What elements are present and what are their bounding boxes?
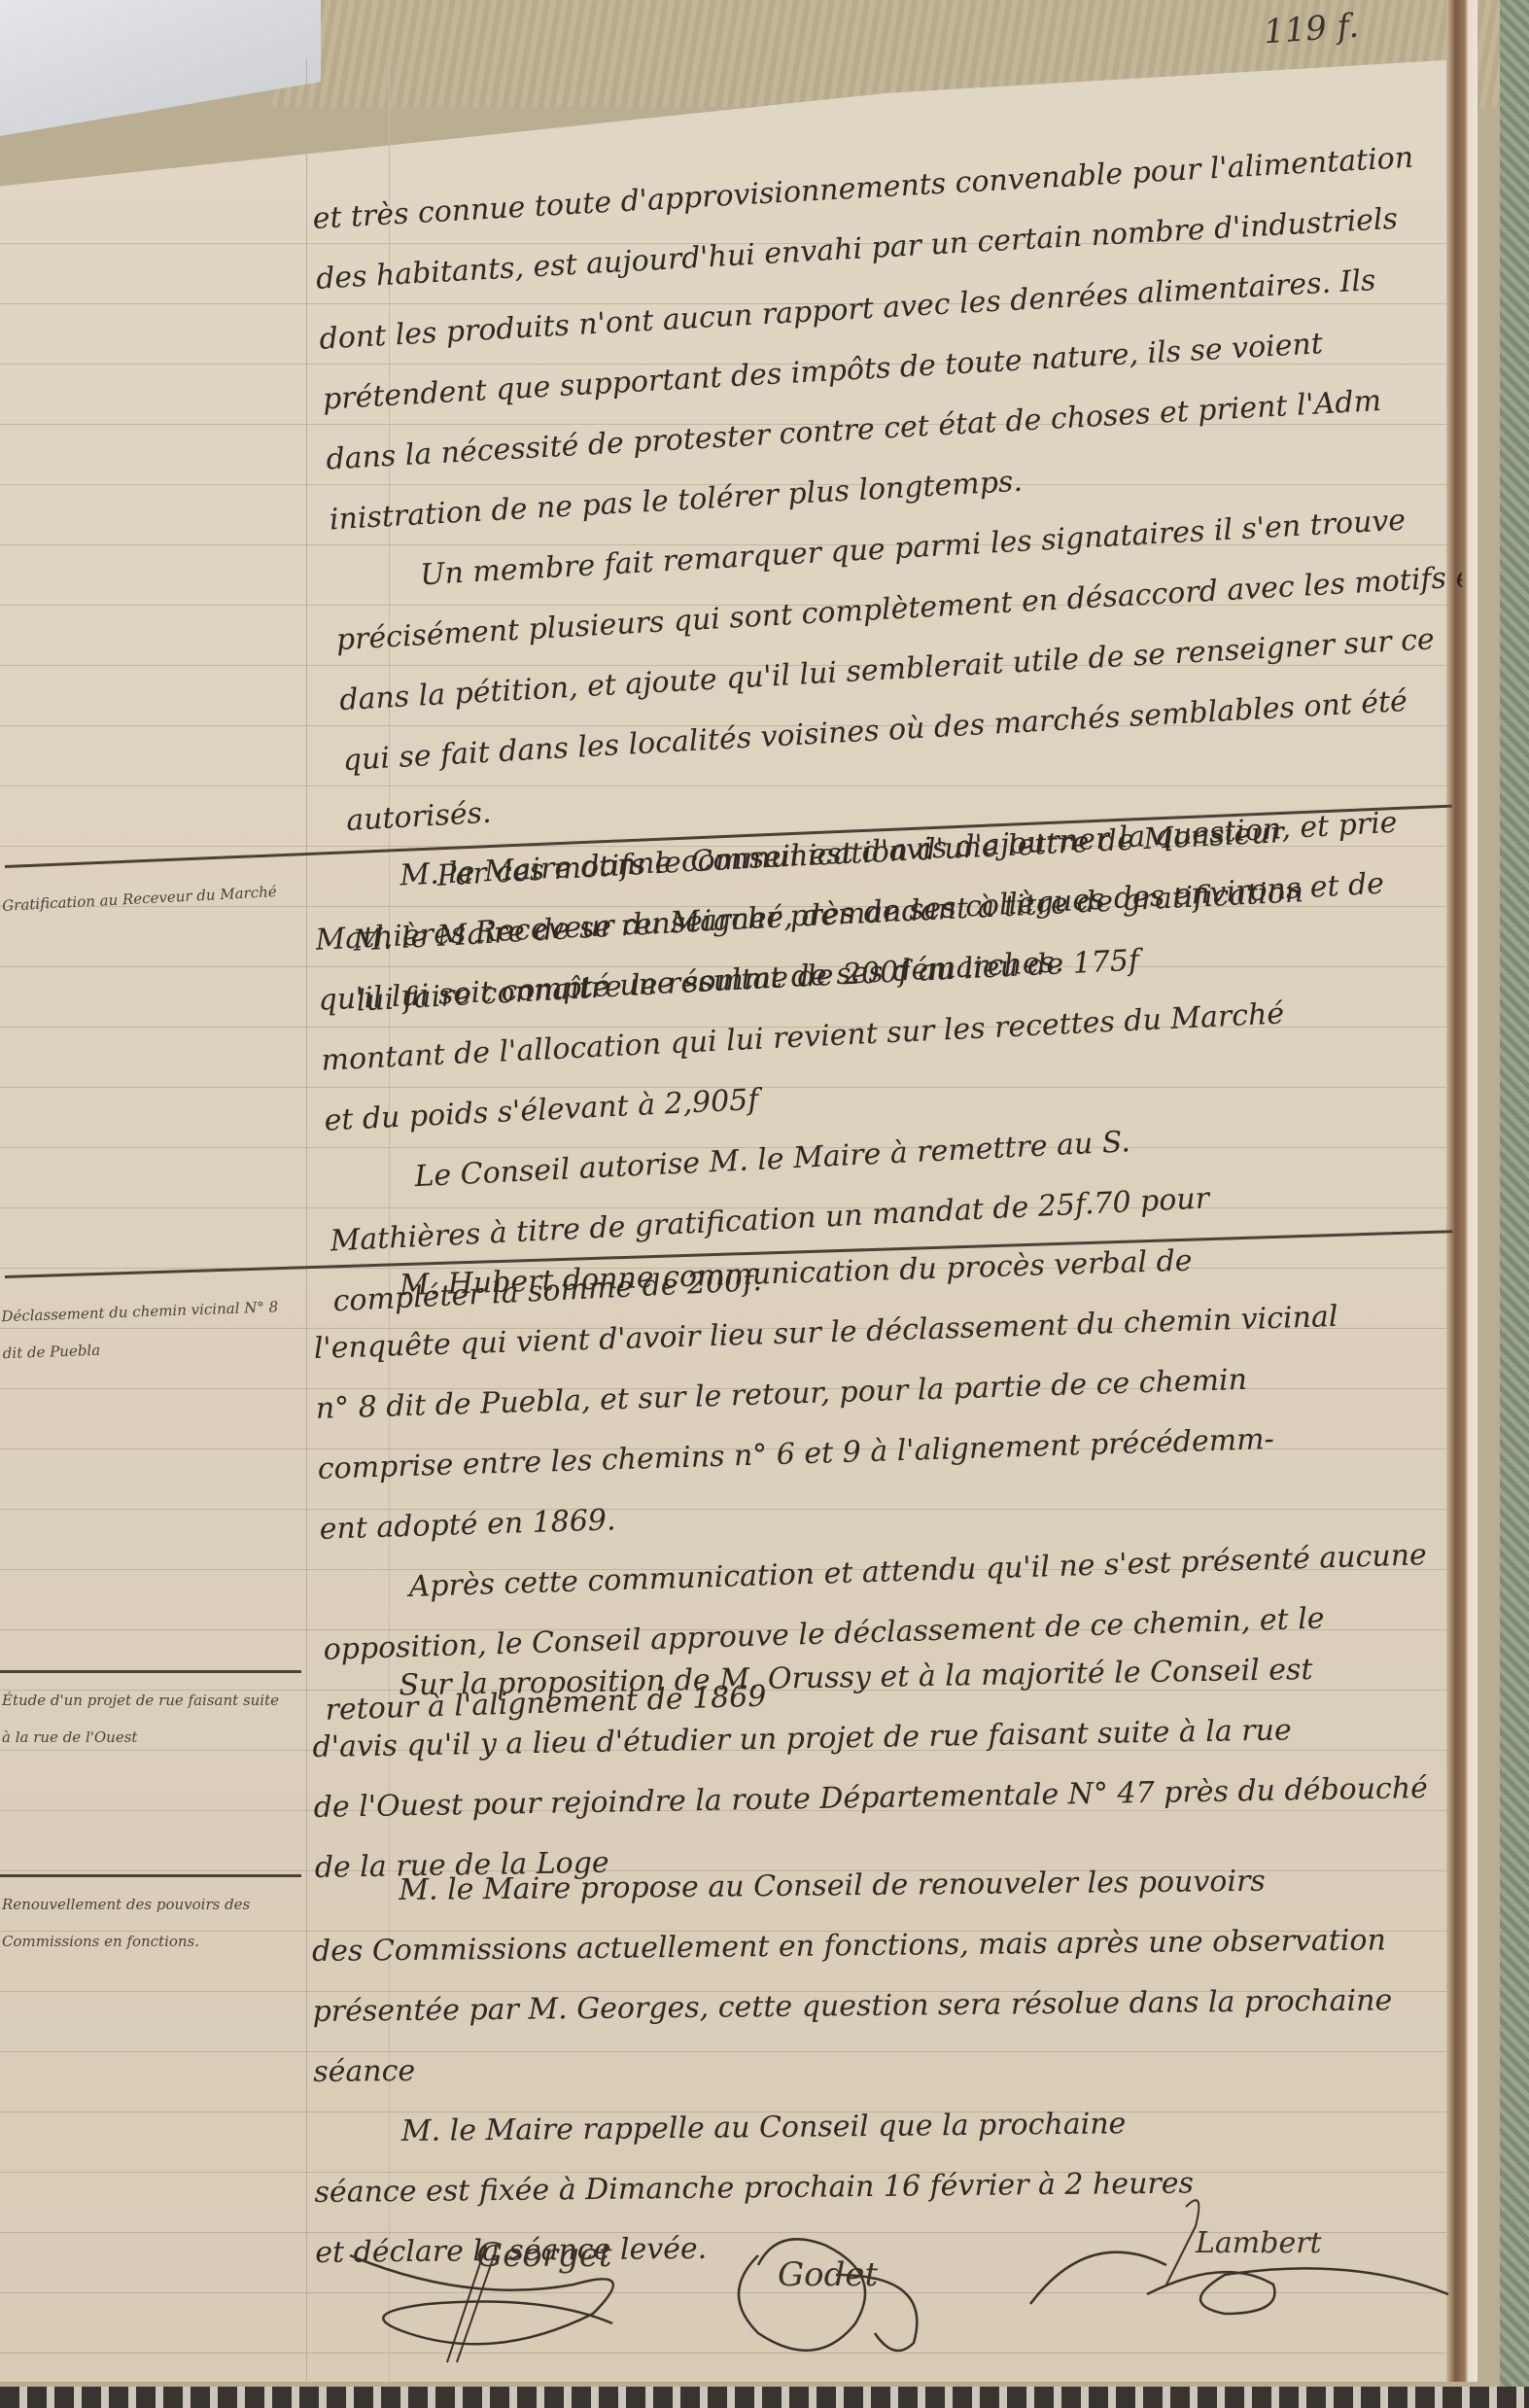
paragraph: M. le Maire donne communication d'une le… (311, 795, 1452, 1151)
background-green-fabric (1500, 0, 1529, 2408)
text-line: présentée par M. Georges, cette question… (312, 1971, 1441, 2042)
paragraph: M. Hubert donne communication du procès … (311, 1224, 1447, 1560)
book-bottom-edge (0, 2387, 1529, 2408)
paragraph: M. le Maire propose au Conseil de renouv… (311, 1850, 1442, 2103)
margin-note-declassement: Déclassement du chemin vicinal N° 8 dit … (1, 1288, 295, 1372)
page-number: 119 f. (1263, 7, 1360, 52)
signature-name: Lambert (1196, 2226, 1322, 2260)
margin-rule (306, 58, 307, 2382)
margin-separator (0, 1670, 301, 1673)
signatures-block: Georget Godet Lambert (292, 2216, 1458, 2372)
paragraph: et très connue toute d'approvisionnement… (311, 126, 1457, 550)
margin-note-etude-rue: Étude d'un projet de rue faisant suite à… (2, 1682, 284, 1756)
signature-name: Georget (476, 2236, 612, 2275)
margin-separator (0, 1874, 301, 1877)
background-paper-sheet (0, 0, 321, 136)
margin-note-renouvellement: Renouvellement des pouvoirs des Commissi… (2, 1886, 284, 1960)
signature-name: Godet (778, 2255, 878, 2294)
paragraph: Un membre fait remarquer que parmi les s… (331, 488, 1474, 852)
